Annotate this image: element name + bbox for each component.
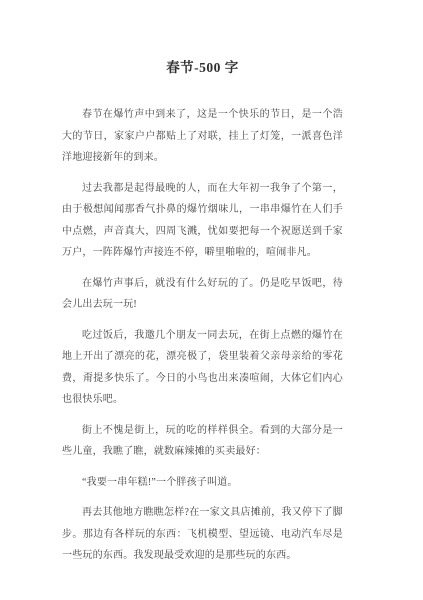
document-title: 春节-500 字: [62, 56, 343, 76]
essay-paragraph-1: 春节在爆竹声中到来了，这是一个快乐的节日，是一个浩大的节日，家家户户都贴上了对联…: [62, 104, 343, 169]
essay-paragraph-7: 再去其他地方瞧瞧怎样?在一家文具店摊前，我又停下了脚步。那边有各样玩的东西：飞机…: [62, 502, 343, 567]
essay-paragraph-3: 在爆竹声事后，就没有什么好玩的了。仍是吃早饭吧，待会儿出去玩一玩!: [62, 273, 343, 316]
document-content: 春节-500 字 春节在爆竹声中到来了，这是一个快乐的节日，是一个浩大的节日，家…: [62, 56, 343, 576]
essay-paragraph-5: 街上不愧是街上，玩的吃的样样俱全。看到的大部分是一些儿童，我瞧了瞧，就数麻辣摊的…: [62, 420, 343, 463]
essay-paragraph-2: 过去我都是起得最晚的人，而在大年初一我争了个第一，由于极想闻闻那香气扑鼻的爆竹烟…: [62, 178, 343, 264]
essay-body: 春节在爆竹声中到来了，这是一个快乐的节日，是一个浩大的节日，家家户户都贴上了对联…: [62, 104, 343, 567]
essay-paragraph-4: 吃过饭后，我邀几个朋友一同去玩，在街上点燃的爆竹在地上开出了漂亮的花，漂亮极了，…: [62, 325, 343, 411]
document-page: 春节-500 字 春节在爆竹声中到来了，这是一个快乐的节日，是一个浩大的节日，家…: [0, 0, 423, 600]
essay-paragraph-6-quote: “我要一串年糕!”一个胖孩子叫道。: [62, 472, 343, 494]
